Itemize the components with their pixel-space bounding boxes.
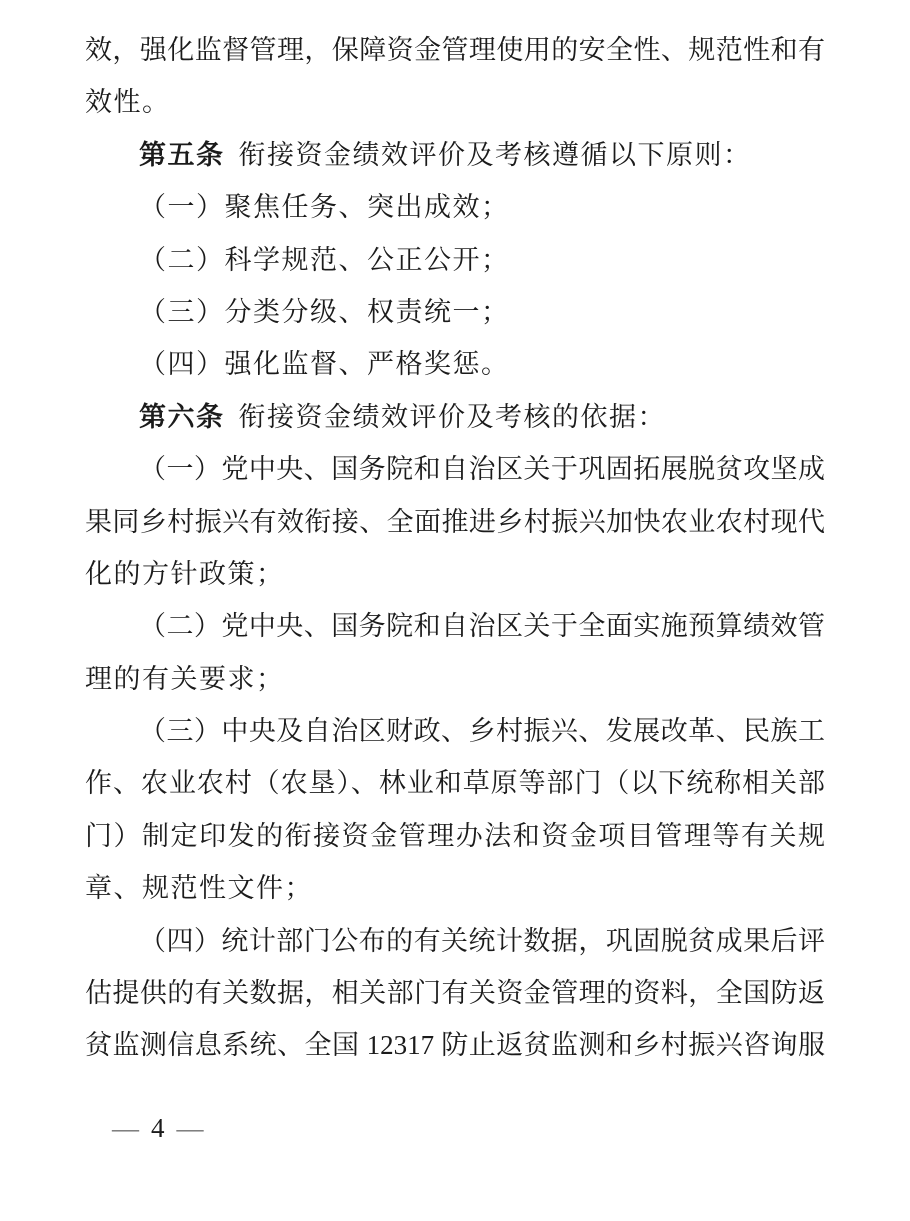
article-6-item-1-line: 化的方针政策；: [85, 548, 825, 600]
paragraph-line: 效性。: [85, 76, 825, 128]
article-5-title: 衔接资金绩效评价及考核遵循以下原则：: [239, 140, 752, 170]
article-5-number: 第五条: [139, 140, 225, 170]
article-6-item-3-line: 作、农业农村（农垦）、林业和草原等部门（以下统称相关部: [85, 757, 825, 809]
article-6-item-3-line: 章、规范性文件；: [85, 862, 825, 914]
article-5-heading: 第五条衔接资金绩效评价及考核遵循以下原则：: [85, 129, 825, 181]
page-number: 4: [151, 1110, 165, 1146]
article-6-item-4-line: 贫监测信息系统、全国 12317 防止返贫监测和乡村振兴咨询服: [85, 1019, 825, 1071]
paragraph-line: 效，强化监督管理，保障资金管理使用的安全性、规范性和有: [85, 24, 825, 76]
document-page: 效，强化监督管理，保障资金管理使用的安全性、规范性和有 效性。 第五条衔接资金绩…: [0, 0, 910, 1221]
article-6-item-4-line: （四）统计部门公布的有关统计数据，巩固脱贫成果后评: [85, 915, 825, 967]
article-5-item-3: （三）分类分级、权责统一；: [85, 286, 825, 338]
article-6-title: 衔接资金绩效评价及考核的依据：: [239, 402, 667, 432]
article-6-item-3-line: （三）中央及自治区财政、乡村振兴、发展改革、民族工: [85, 705, 825, 757]
footer-dash-right: —: [177, 1110, 204, 1146]
article-6-item-4-line: 估提供的有关数据，相关部门有关资金管理的资料，全国防返: [85, 967, 825, 1019]
article-5-item-1: （一）聚焦任务、突出成效；: [85, 181, 825, 233]
footer-dash-left: —: [112, 1110, 139, 1146]
article-6-item-2-line: 理的有关要求；: [85, 653, 825, 705]
document-body: 效，强化监督管理，保障资金管理使用的安全性、规范性和有 效性。 第五条衔接资金绩…: [85, 24, 825, 1072]
article-6-item-2-line: （二）党中央、国务院和自治区关于全面实施预算绩效管: [85, 600, 825, 652]
article-6-heading: 第六条衔接资金绩效评价及考核的依据：: [85, 391, 825, 443]
article-6-number: 第六条: [139, 402, 225, 432]
article-5-item-2: （二）科学规范、公正公开；: [85, 234, 825, 286]
article-5-item-4: （四）强化监督、严格奖惩。: [85, 338, 825, 390]
page-footer: — 4 —: [112, 1110, 204, 1146]
article-6-item-1-line: 果同乡村振兴有效衔接、全面推进乡村振兴加快农业农村现代: [85, 496, 825, 548]
article-6-item-3-line: 门）制定印发的衔接资金管理办法和资金项目管理等有关规: [85, 810, 825, 862]
article-6-item-1-line: （一）党中央、国务院和自治区关于巩固拓展脱贫攻坚成: [85, 443, 825, 495]
